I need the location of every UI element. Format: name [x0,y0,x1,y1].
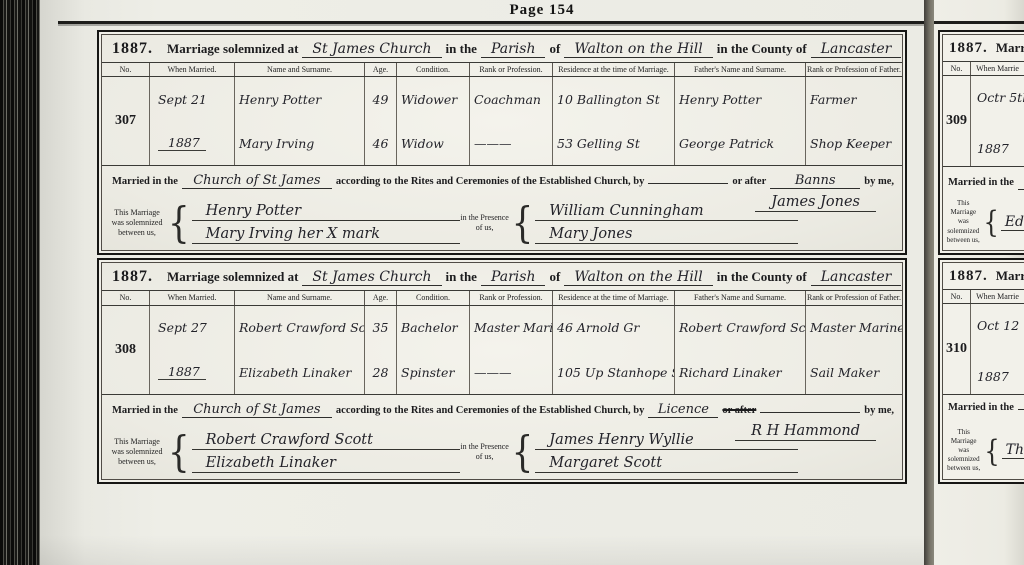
col-header-residence: Residence at the time of Marriage. [553,291,675,305]
groom-rank: Master Mariner [474,320,548,335]
groom-signature: Robert Crawford Scott [192,432,460,450]
signature-partial: Ed [1001,214,1024,231]
col-header-father: Father's Name and Surname. [675,63,806,77]
groom-name: Henry Potter [239,92,360,107]
col-header-name: Name and Surname. [235,291,365,305]
married-church-fill: Church of St James [182,173,332,189]
col-header-no: No. [943,290,971,303]
marriage-year: 1887 [977,141,1024,156]
title-partial: Marri [996,268,1024,284]
solemnized-at-label: Marriage solemnized at [167,269,298,285]
or-after-label-struck: or after [722,405,756,416]
after-fill: Banns [770,173,860,189]
age-cell: 35 28 [365,306,397,395]
groom-father: Henry Potter [679,92,801,107]
right-page-partial: 1887. Marri No. When Marrie 309 Octr 5th… [934,0,1024,565]
residence-cell: 46 Arnold Gr 105 Up Stanhope St [553,306,675,395]
rank-cell: Master Mariner ——— [470,306,553,395]
married-in-label: Married in the [112,176,178,187]
right-register-310: 1887. Marri No. When Marrie 310 Oct 12 1… [938,258,1024,484]
entry-number: 310 [946,341,967,357]
right-brace: { [512,202,534,245]
entry-number-cell: 308 [102,306,150,395]
district-type-fill: Parish [481,269,546,286]
groom-residence: 10 Ballington St [557,92,670,107]
presence-of-us-label: in the Presence of us, [460,442,510,462]
register-box-308-inner: 1887. Marriage solemnized at St James Ch… [101,262,903,480]
witness-2-signature: Mary Jones [535,226,798,244]
entry-307-data: 307 Sept 21 1887 Henry Potter Mary Irvin… [102,77,902,165]
marriage-year: 1887 [977,369,1024,384]
entry-number: 308 [115,342,136,358]
church-fill: St James Church [302,41,441,58]
bride-rank: ——— [474,365,548,380]
of-label: of [549,269,560,285]
right-register-309-inner: 1887. Marri No. When Marrie 309 Octr 5th… [942,34,1024,251]
bride-condition: Widow [401,136,465,151]
column-headers: No. When Married. Name and Surname. Age.… [102,290,902,306]
groom-condition: Widower [401,92,465,107]
left-brace: { [168,431,190,474]
when-married-cell: Sept 27 1887 [150,306,235,395]
age-cell: 49 46 [365,77,397,165]
entry-number: 307 [115,113,136,129]
witness-2-signature: Margaret Scott [535,455,798,473]
officiant-signature: James Jones [755,194,876,212]
groom-signature: Henry Potter [192,203,460,221]
married-fill-partial: C [1018,174,1024,190]
when-married-cell: Sept 21 1887 [150,77,235,165]
name-cell: Robert Crawford Scott Elizabeth Linaker [235,306,365,395]
register-308-title: 1887. Marriage solemnized at St James Ch… [102,263,902,290]
page-gutter [924,0,934,565]
col-header-residence: Residence at the time of Marriage. [553,63,675,77]
col-header-no: No. [943,62,971,75]
left-brace: { [984,207,999,237]
page-number: Page 154 [137,2,947,19]
solemnized-at-label: Marriage solemnized at [167,41,298,57]
district-fill: Walton on the Hill [564,269,712,286]
of-label: of [549,41,560,57]
condition-cell: Widower Widow [397,77,470,165]
in-the-label: in the [446,269,477,285]
col-header-father-rank: Rank or Profession of Father. [806,291,902,305]
year-label: 1887. [112,268,153,286]
spouse-signatures: Henry Potter Mary Irving her X mark [192,200,460,246]
district-fill: Walton on the Hill [564,41,712,58]
in-the-label: in the [446,41,477,57]
col-header-when-married: When Married. [150,63,235,77]
bride-residence: 53 Gelling St [557,136,670,151]
marriage-year: 1887 [158,135,206,151]
left-brace: { [168,202,190,245]
presence-of-us-label: in the Presence of us, [460,213,510,233]
register-page-scan: Page 154 1887. Marriage solemnized at St… [0,0,1024,565]
marriage-year: 1887 [158,364,206,380]
condition-cell: Bachelor Spinster [397,306,470,395]
right-309-data: 309 Octr 5th 1887 [943,76,1024,166]
bride-rank: ——— [474,136,548,151]
father-rank-cell: Farmer Shop Keeper [806,77,902,165]
left-brace: { [984,436,999,466]
register-box-307-inner: 1887. Marriage solemnized at St James Ch… [101,34,903,251]
entry-308-data: 308 Sept 27 1887 Robert Crawford Scott E… [102,306,902,395]
entry-number-cell: 310 [943,304,971,394]
col-header-no: No. [102,63,150,77]
column-headers: No. When Married. Name and Surname. Age.… [102,62,902,78]
register-box-307: 1887. Marriage solemnized at St James Ch… [97,30,907,255]
signature-block-308: This Marriage was solemnized between us,… [102,427,902,479]
register-box-308: 1887. Marriage solemnized at St James Ch… [97,258,907,484]
bride-father-rank: Shop Keeper [810,136,898,151]
right-column-headers: No. When Marrie [943,61,1024,76]
bride-signature: Elizabeth Linaker [192,455,460,473]
right-310-data: 310 Oct 12 1887 [943,304,1024,394]
when-married-cell: Octr 5th 1887 [971,76,1024,166]
entry-number: 309 [946,113,967,129]
solemnized-between-label: This Marriage was solemnized between us, [945,428,982,473]
groom-father-rank: Farmer [810,92,898,107]
year-label: 1887. [949,40,988,57]
right-married-line: Married in the C [943,166,1024,198]
married-church-fill: Church of St James [182,402,332,418]
marriage-date: Oct 12 [977,318,1024,333]
church-fill: St James Church [302,269,441,286]
groom-father-rank: Master Mariner [810,320,898,335]
marriage-date: Octr 5th [977,90,1024,105]
groom-rank: Coachman [474,92,548,107]
county-fill: Lancaster [811,269,902,286]
married-fill-partial [1018,409,1024,410]
solemnized-between-label: This Marriage was solemnized between us, [108,208,166,238]
col-header-rank: Rank or Profession. [470,291,553,305]
married-in-label: Married in the [948,177,1014,188]
col-header-rank: Rank or Profession. [470,63,553,77]
married-in-label: Married in the [948,402,1014,413]
bride-signature: Mary Irving her X mark [192,226,460,244]
right-header-rule [934,21,1024,24]
right-register-309: 1887. Marri No. When Marrie 309 Octr 5th… [938,30,1024,255]
bride-father-rank: Sail Maker [810,365,898,380]
or-after-label: or after [732,176,766,187]
col-header-when-married: When Married. [150,291,235,305]
groom-name: Robert Crawford Scott [239,320,360,335]
bride-residence: 105 Up Stanhope St [557,365,670,380]
entry-number-cell: 309 [943,76,971,166]
after-fill [760,412,860,413]
col-header-father-rank: Rank or Profession of Father. [806,63,902,77]
father-name-cell: Robert Crawford Scott Richard Linaker [675,306,806,395]
by-me-label: by me, [864,405,894,416]
col-header-condition: Condition. [397,63,470,77]
right-309-title: 1887. Marri [943,35,1024,61]
book-binding [0,0,40,565]
bride-father: Richard Linaker [679,365,801,380]
groom-residence: 46 Arnold Gr [557,320,670,335]
year-label: 1887. [949,268,988,285]
bride-father: George Patrick [679,136,801,151]
rank-cell: Coachman ——— [470,77,553,165]
bride-condition: Spinster [401,365,465,380]
col-header-no: No. [102,291,150,305]
right-signature-block: This Marriage was solemnized between us,… [943,426,1024,479]
bride-name: Mary Irving [239,136,360,151]
by-fill [648,183,728,184]
county-of-label: in the County of [717,269,807,285]
right-310-title: 1887. Marri [943,263,1024,289]
marriage-date: Sept 21 [158,92,230,107]
district-type-fill: Parish [481,41,546,58]
county-fill: Lancaster [811,41,902,58]
county-of-label: in the County of [717,41,807,57]
bride-age: 28 [369,365,392,380]
groom-father: Robert Crawford Scott [679,320,801,335]
by-fill: Licence [648,402,718,418]
register-307-title: 1887. Marriage solemnized at St James Ch… [102,35,902,62]
solemnized-between-label: This Marriage was solemnized between us, [945,199,982,244]
right-register-310-inner: 1887. Marri No. When Marrie 310 Oct 12 1… [942,262,1024,480]
groom-age: 35 [369,320,392,335]
residence-cell: 10 Ballington St 53 Gelling St [553,77,675,165]
col-header-father: Father's Name and Surname. [675,291,806,305]
signature-block-307: This Marriage was solemnized between us,… [102,198,902,250]
father-rank-cell: Master Mariner Sail Maker [806,306,902,395]
col-header-age: Age. [365,63,397,77]
spouse-signatures: Robert Crawford Scott Elizabeth Linaker [192,429,460,475]
col-header-name: Name and Surname. [235,63,365,77]
col-header-age: Age. [365,291,397,305]
right-married-line: Married in the [943,394,1024,426]
col-header-when-partial: When Marrie [971,290,1024,303]
right-signature-block: This Marriage was solemnized between us,… [943,198,1024,250]
bride-age: 46 [369,136,392,151]
right-column-headers: No. When Marrie [943,289,1024,304]
name-cell: Henry Potter Mary Irving [235,77,365,165]
year-label: 1887. [112,40,153,58]
groom-condition: Bachelor [401,320,465,335]
groom-age: 49 [369,92,392,107]
header-rule [58,21,924,24]
col-header-when-partial: When Marrie [971,62,1024,75]
married-in-label: Married in the [112,405,178,416]
marriage-date: Sept 27 [158,320,230,335]
when-married-cell: Oct 12 1887 [971,304,1024,394]
right-brace: { [512,431,534,474]
rites-label: according to the Rites and Ceremonies of… [336,405,645,416]
entry-number-cell: 307 [102,77,150,165]
col-header-condition: Condition. [397,291,470,305]
signature-partial: Th [1002,442,1024,459]
title-partial: Marri [996,40,1024,56]
officiant-signature: R H Hammond [735,423,876,441]
father-name-cell: Henry Potter George Patrick [675,77,806,165]
by-me-label: by me, [864,176,894,187]
solemnized-between-label: This Marriage was solemnized between us, [108,437,166,467]
rites-label: according to the Rites and Ceremonies of… [336,176,645,187]
bride-name: Elizabeth Linaker [239,365,360,380]
